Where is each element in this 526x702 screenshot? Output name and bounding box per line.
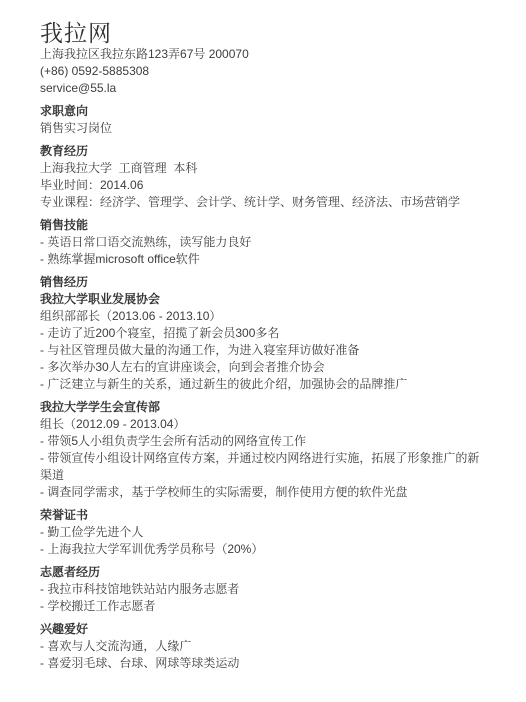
bullet-line: - 学校搬迁工作志愿者 bbox=[40, 598, 486, 615]
section-hobbies: 兴趣爱好 - 喜欢与人交流沟通，人缘广 - 喜爱羽毛球、台球、网球等球类运动 bbox=[40, 621, 486, 672]
experience-group: 我拉大学学生会宣传部 组长（2012.09 - 2013.04） - 带领5人小… bbox=[40, 399, 486, 501]
section-title: 销售经历 bbox=[40, 274, 486, 291]
bullet-line: - 多次举办30人左右的宣讲座谈会，向到会者推介协会 bbox=[40, 359, 486, 376]
bullet-line: - 上海我拉大学军训优秀学员称号（20%） bbox=[40, 541, 486, 558]
organization-name: 我拉大学职业发展协会 bbox=[40, 291, 486, 308]
organization-name: 我拉大学学生会宣传部 bbox=[40, 399, 486, 416]
resume-address: 上海我拉区我拉东路123弄67号 200070 bbox=[40, 46, 486, 63]
section-line: 上海我拉大学 工商管理 本科 bbox=[40, 160, 486, 177]
bullet-line: - 带领5人小组负责学生会所有活动的网络宣传工作 bbox=[40, 433, 486, 450]
section-volunteer: 志愿者经历 - 我拉市科技馆地铁站站内服务志愿者 - 学校搬迁工作志愿者 bbox=[40, 564, 486, 615]
section-line: 销售实习岗位 bbox=[40, 120, 486, 137]
bullet-line: - 广泛建立与新生的关系，通过新生的彼此介绍，加强协会的品牌推广 bbox=[40, 376, 486, 393]
bullet-line: - 喜爱羽毛球、台球、网球等球类运动 bbox=[40, 655, 486, 672]
section-title: 兴趣爱好 bbox=[40, 621, 486, 638]
bullet-line: - 调查同学需求，基于学校师生的实际需要，制作使用方便的软件光盘 bbox=[40, 484, 486, 501]
experience-group: 我拉大学职业发展协会 组织部部长（2013.06 - 2013.10） - 走访… bbox=[40, 291, 486, 393]
section-honors: 荣誉证书 - 勤工俭学先进个人 - 上海我拉大学军训优秀学员称号（20%） bbox=[40, 507, 486, 558]
resume-email: service@55.la bbox=[40, 80, 486, 97]
bullet-line: - 我拉市科技馆地铁站站内服务志愿者 bbox=[40, 581, 486, 598]
section-sales-skills: 销售技能 - 英语日常口语交流熟练，读写能力良好 - 熟练掌握microsoft… bbox=[40, 217, 486, 268]
bullet-line: - 与社区管理员做大量的沟通工作，为进入寝室拜访做好准备 bbox=[40, 342, 486, 359]
bullet-line: - 带领宣传小组设计网络宣传方案，并通过校内网络进行实施，拓展了形象推广的新渠道 bbox=[40, 450, 486, 484]
role-line: 组长（2012.09 - 2013.04） bbox=[40, 416, 486, 433]
bullet-line: - 勤工俭学先进个人 bbox=[40, 524, 486, 541]
section-line: 专业课程：经济学、管理学、会计学、统计学、财务管理、经济法、市场营销学 bbox=[40, 194, 486, 211]
section-sales-experience: 销售经历 我拉大学职业发展协会 组织部部长（2013.06 - 2013.10）… bbox=[40, 274, 486, 501]
section-title: 求职意向 bbox=[40, 103, 486, 120]
resume-name: 我拉网 bbox=[40, 20, 486, 46]
resume-page: 我拉网 上海我拉区我拉东路123弄67号 200070 (+86) 0592-5… bbox=[0, 0, 526, 702]
role-line: 组织部部长（2013.06 - 2013.10） bbox=[40, 308, 486, 325]
section-title: 志愿者经历 bbox=[40, 564, 486, 581]
section-education: 教育经历 上海我拉大学 工商管理 本科 毕业时间：2014.06 专业课程：经济… bbox=[40, 143, 486, 211]
section-job-objective: 求职意向 销售实习岗位 bbox=[40, 103, 486, 137]
section-title: 销售技能 bbox=[40, 217, 486, 234]
section-title: 荣誉证书 bbox=[40, 507, 486, 524]
bullet-line: - 熟练掌握microsoft office软件 bbox=[40, 251, 486, 268]
bullet-line: - 喜欢与人交流沟通，人缘广 bbox=[40, 638, 486, 655]
bullet-line: - 走访了近200个寝室，招揽了新会员300多名 bbox=[40, 325, 486, 342]
section-line: 毕业时间：2014.06 bbox=[40, 177, 486, 194]
resume-phone: (+86) 0592-5885308 bbox=[40, 63, 486, 80]
bullet-line: - 英语日常口语交流熟练，读写能力良好 bbox=[40, 234, 486, 251]
section-title: 教育经历 bbox=[40, 143, 486, 160]
